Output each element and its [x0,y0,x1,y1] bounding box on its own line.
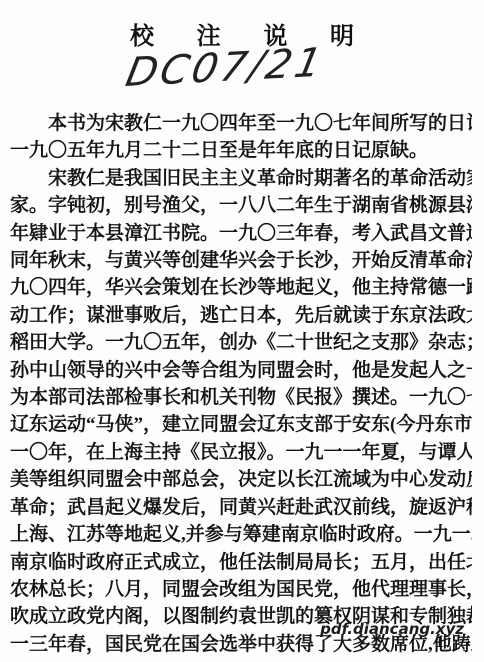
text-line: 动工作；谋泄事败后，逃亡日本，先后就读于东京法政大学和早 [10,302,472,329]
text-line: 革命；武昌起义爆发后，同黄兴赶赴武汉前线，旋返沪积极促成 [10,494,472,521]
text-line: 本书为宋教仁一九〇四年至一九〇七年间所写的日记。其中， [10,110,472,137]
text-line: 同年秋末，与黄兴等创建华兴会于长沙，开始反清革命活动。一 [10,247,472,274]
page-number: 1 [436,632,445,652]
text-line: 为本部司法部检事长和机关刊物《民报》撰述。一九〇七年，曾赴 [10,384,472,411]
text-line: 美等组织同盟会中部总会，决定以长江流域为中心发动反清武装 [10,466,472,493]
text-line: 孙中山领导的兴中会等合组为同盟会时，他是发起人之一，被举 [10,357,472,384]
text-line: 九〇四年，华兴会策划在长沙等地起义，他主持常德一路联络发 [10,274,472,301]
text-line: 农林总长；八月，同盟会改组为国民党，他代理理事长，积极鼓 [10,576,472,603]
scanned-book-page: 校 注 说 明 DC07/21 本书为宋教仁一九〇四年至一九〇七年间所写的日记。… [0,0,484,662]
text-line: 上海、江苏等地起义,并参与筹建南京临时政府。一九一二年初， [10,521,472,548]
text-line: 一〇年，在上海主持《民立报》。一九一一年夏，与谭人凤、陈其 [10,439,472,466]
text-line: 年肄业于本县漳江书院。一九〇三年春，考入武昌文普通学堂； [10,220,472,247]
text-line: 辽东运动“马侠”，建立同盟会辽东支部于安东(今丹东市)。一九 [10,411,472,438]
body-text: 本书为宋教仁一九〇四年至一九〇七年间所写的日记。其中，一九〇五年九月二十二日至是… [10,110,472,658]
text-line: 稻田大学。一九〇五年，创办《二十世纪之支那》杂志；华兴会与 [10,329,472,356]
text-line: 家。字钝初，别号渔父，一八八二年生于湖南省桃源县湘冲。早 [10,192,472,219]
text-line: 一九〇五年九月二十二日至是年年底的日记原缺。 [10,137,472,164]
handwritten-annotation: DC07/21 [122,40,328,96]
text-line: 南京临时政府正式成立，他任法制局局长；五月，出任北京政府 [10,549,472,576]
text-line: 宋教仁是我国旧民主主义革命时期著名的革命活动家和政治 [10,165,472,192]
